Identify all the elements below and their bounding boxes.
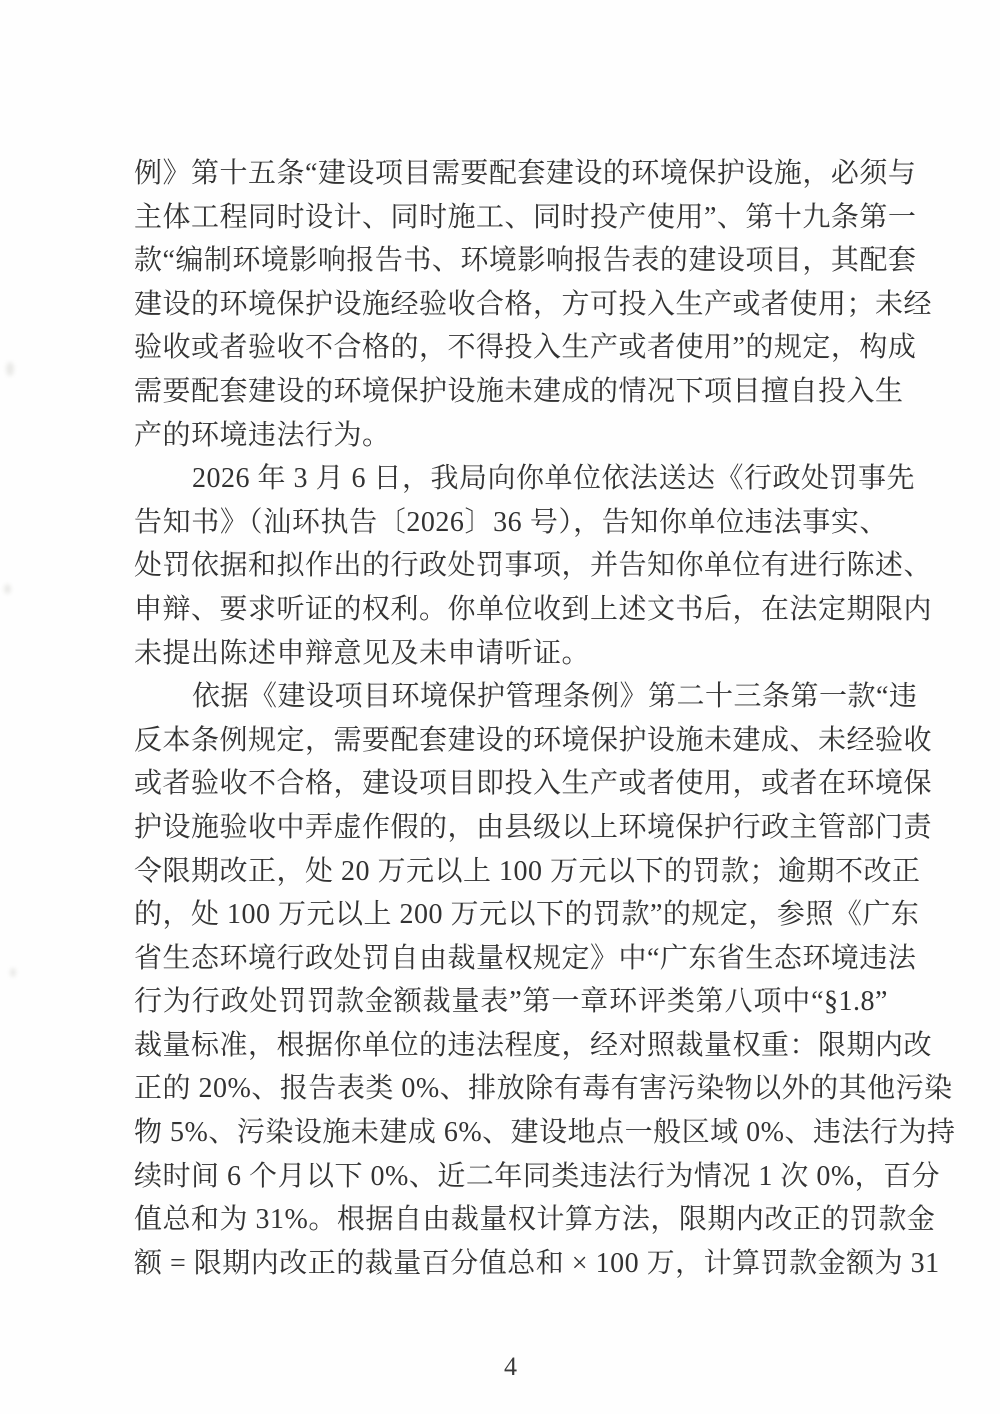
page-number: 4 bbox=[134, 1352, 888, 1382]
text-line: 额 = 限期内改正的裁量百分值总和 × 100 万，计算罚款金额为 31 bbox=[134, 1242, 888, 1286]
text-line: 告知书》（汕环执告〔2026〕36 号），告知你单位违法事实、 bbox=[134, 501, 888, 545]
text-line: 未提出陈述申辩意见及未申请听证。 bbox=[134, 632, 888, 676]
text-line: 依据《建设项目环境保护管理条例》第二十三条第一款“违 bbox=[134, 675, 888, 719]
scan-artifact bbox=[6, 362, 14, 376]
text-line: 反本条例规定，需要配套建设的环境保护设施未建成、未经验收 bbox=[134, 719, 888, 763]
text-line: 护设施验收中弄虚作假的，由县级以上环境保护行政主管部门责 bbox=[134, 806, 888, 850]
text-line: 物 5%、污染设施未建成 6%、建设地点一般区域 0%、违法行为持 bbox=[134, 1111, 888, 1155]
document-page: 例》第十五条“建设项目需要配套建设的环境保护设施，必须与 主体工程同时设计、同时… bbox=[0, 0, 1000, 1414]
scan-artifact bbox=[4, 584, 11, 594]
text-line: 裁量标准，根据你单位的违法程度，经对照裁量权重：限期内改 bbox=[134, 1024, 888, 1068]
text-line: 建设的环境保护设施经验收合格，方可投入生产或者使用；未经 bbox=[134, 283, 888, 327]
text-line: 申辩、要求听证的权利。你单位收到上述文书后，在法定期限内 bbox=[134, 588, 888, 632]
document-body: 例》第十五条“建设项目需要配套建设的环境保护设施，必须与 主体工程同时设计、同时… bbox=[134, 152, 888, 1285]
text-line: 例》第十五条“建设项目需要配套建设的环境保护设施，必须与 bbox=[134, 152, 888, 196]
text-line: 续时间 6 个月以下 0%、近二年同类违法行为情况 1 次 0%，百分 bbox=[134, 1155, 888, 1199]
text-line: 令限期改正，处 20 万元以上 100 万元以下的罚款；逾期不改正 bbox=[134, 850, 888, 894]
text-line: 或者验收不合格，建设项目即投入生产或者使用，或者在环境保 bbox=[134, 762, 888, 806]
text-line: 行为行政处罚罚款金额裁量表”第一章环评类第八项中“§1.8” bbox=[134, 980, 888, 1024]
text-line: 处罚依据和拟作出的行政处罚事项，并告知你单位有进行陈述、 bbox=[134, 544, 888, 588]
text-line: 验收或者验收不合格的，不得投入生产或者使用”的规定，构成 bbox=[134, 326, 888, 370]
text-line: 款“编制环境影响报告书、环境影响报告表的建设项目，其配套 bbox=[134, 239, 888, 283]
text-line: 值总和为 31%。根据自由裁量权计算方法，限期内改正的罚款金 bbox=[134, 1198, 888, 1242]
text-line: 正的 20%、报告表类 0%、排放除有毒有害污染物以外的其他污染 bbox=[134, 1067, 888, 1111]
text-line: 主体工程同时设计、同时施工、同时投产使用”、第十九条第一 bbox=[134, 196, 888, 240]
text-line: 产的环境违法行为。 bbox=[134, 414, 888, 458]
scan-artifact bbox=[10, 968, 16, 977]
text-line: 需要配套建设的环境保护设施未建成的情况下项目擅自投入生 bbox=[134, 370, 888, 414]
text-line: 2026 年 3 月 6 日，我局向你单位依法送达《行政处罚事先 bbox=[134, 457, 888, 501]
text-line: 的，处 100 万元以上 200 万元以下的罚款”的规定，参照《广东 bbox=[134, 893, 888, 937]
text-line: 省生态环境行政处罚自由裁量权规定》中“广东省生态环境违法 bbox=[134, 937, 888, 981]
